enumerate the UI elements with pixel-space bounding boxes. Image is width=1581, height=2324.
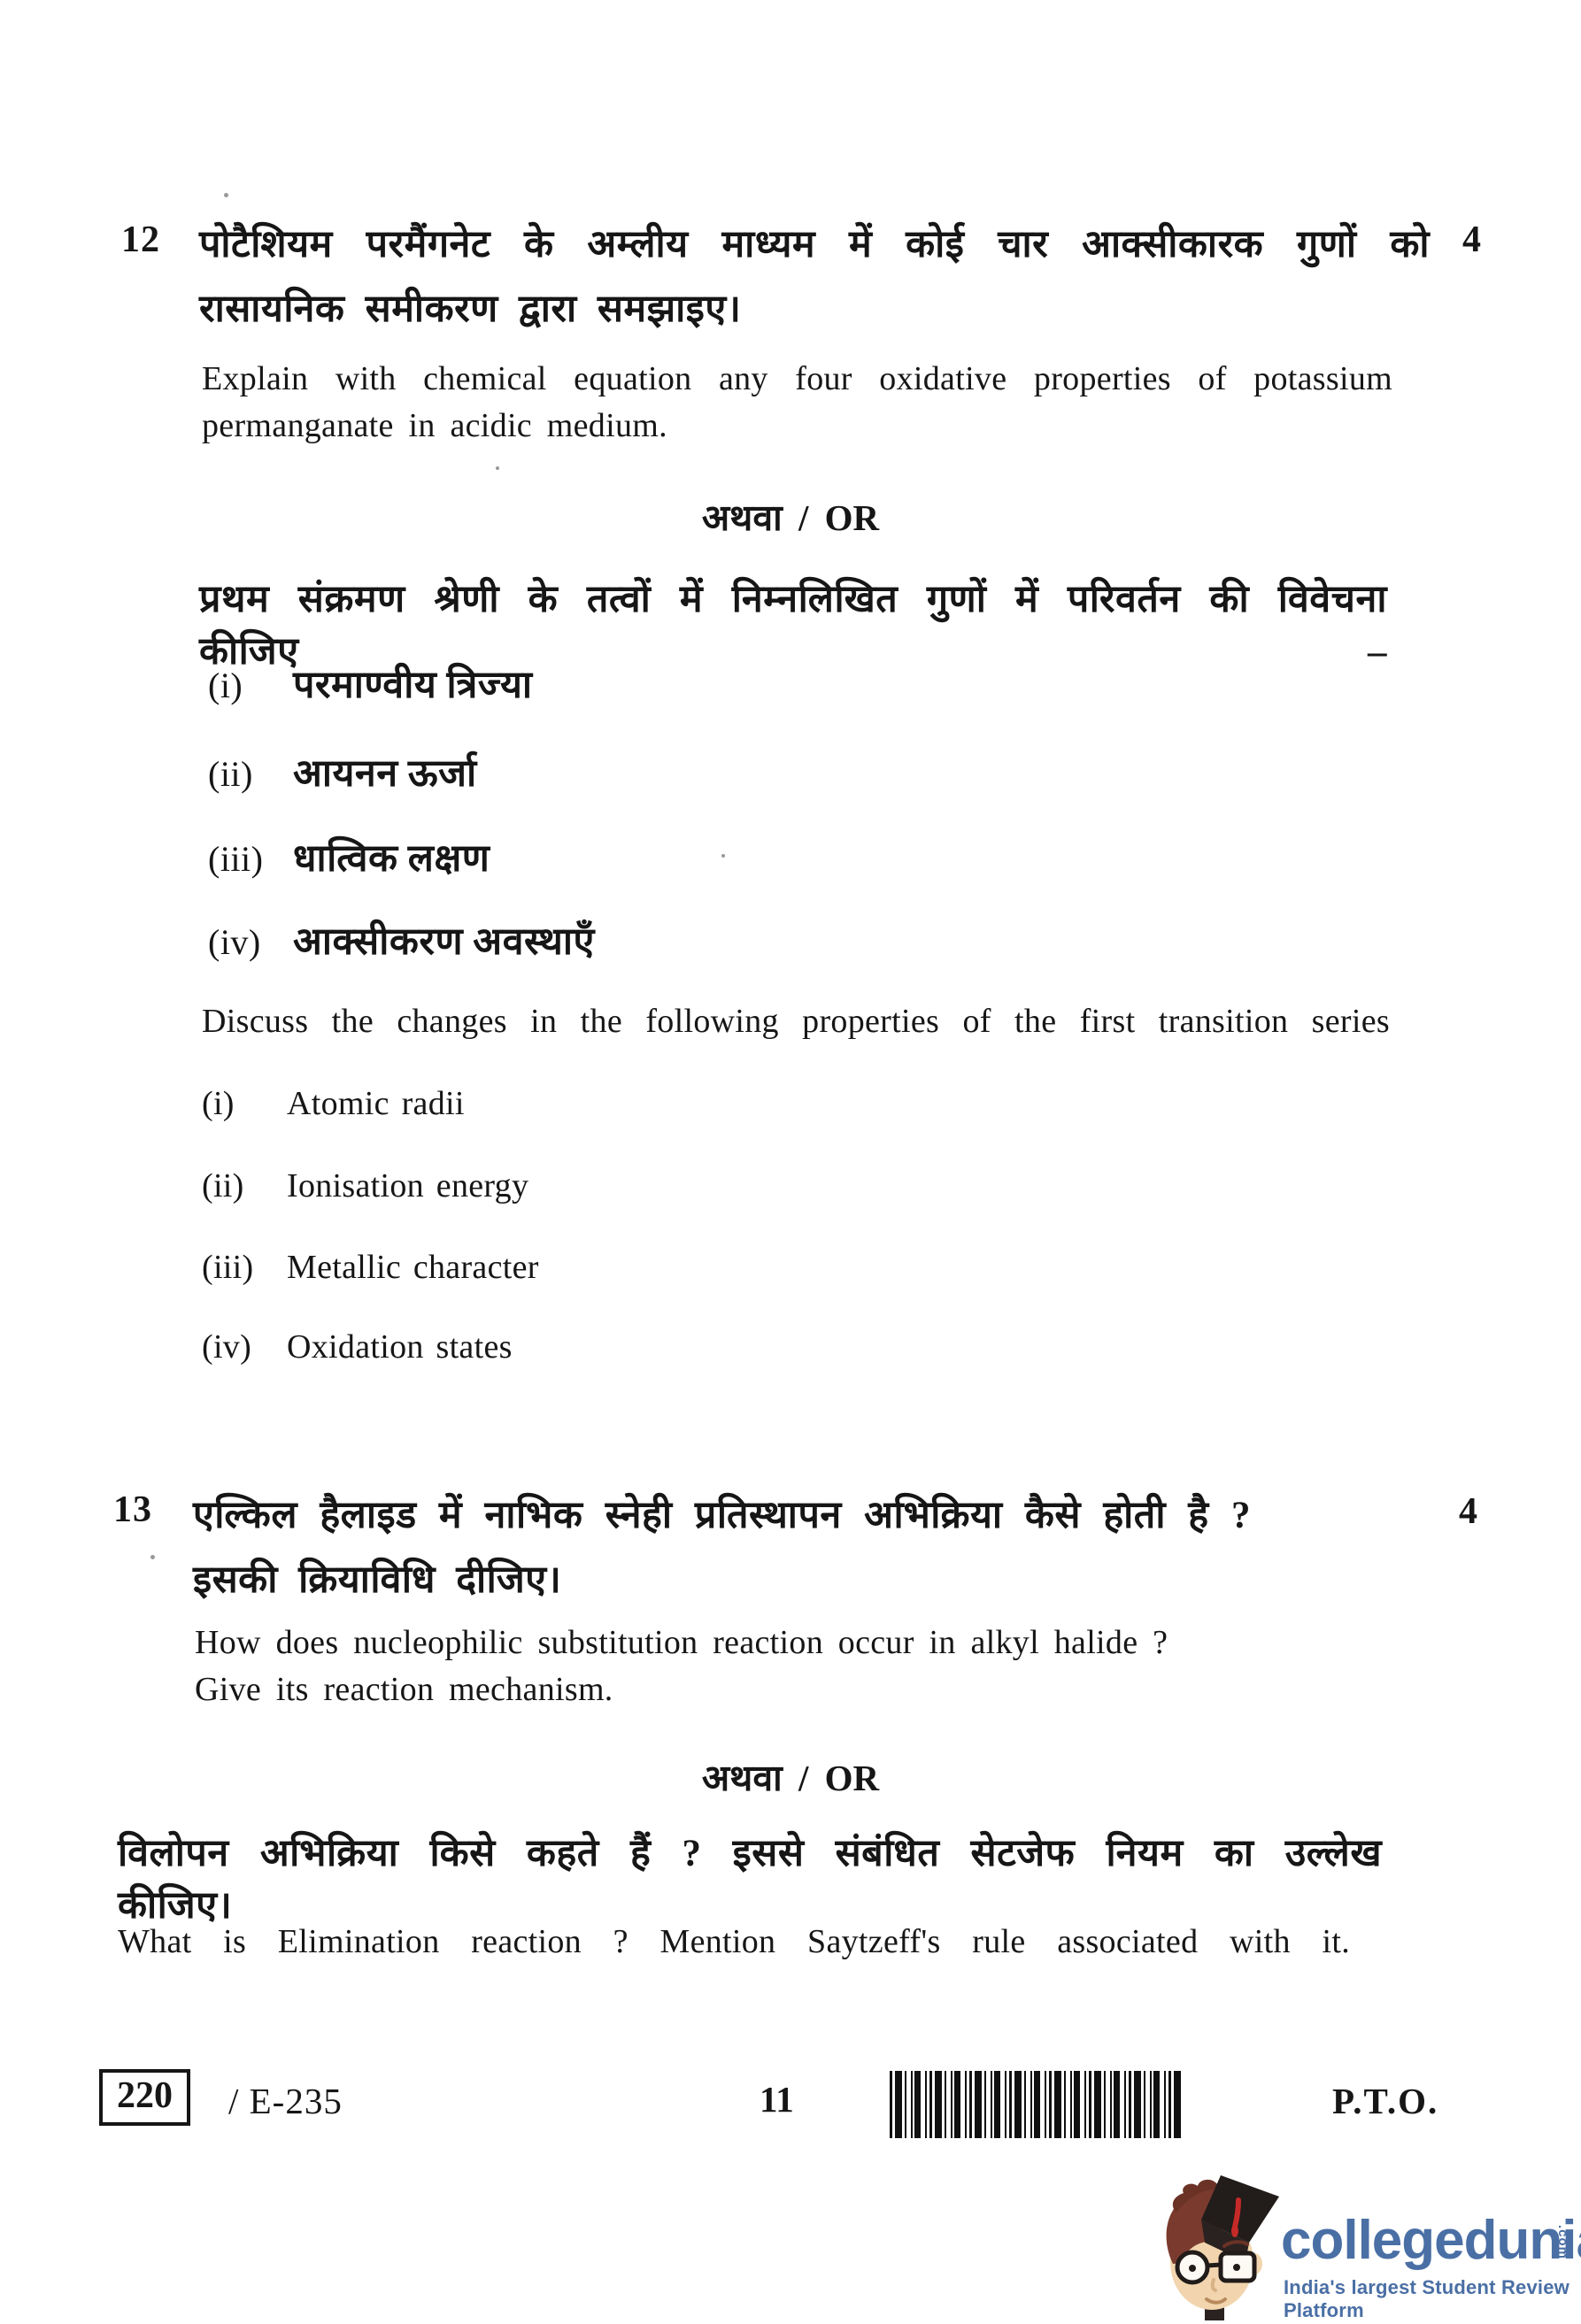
list-text: परमाण्वीय त्रिज्या <box>293 665 533 706</box>
list-label: (iv) <box>202 1327 287 1366</box>
collegedunia-tagline: India's largest Student Review Platform <box>1284 2276 1581 2322</box>
barcode <box>890 2071 1182 2138</box>
booklet-number-box: 220 <box>99 2069 190 2126</box>
question-13-alt-english-text: What is Elimination reaction ? Mention S… <box>118 1922 1350 1961</box>
question-12-hindi-text: पोटैशियम परमैंगनेट के अम्लीय माध्यम में … <box>199 212 1430 342</box>
pto-label: P.T.O. <box>1332 2080 1438 2122</box>
list-label: (i) <box>202 1084 287 1123</box>
list-text: Oxidation states <box>287 1328 513 1366</box>
hindi-list-item-4: (iv)आक्सीकरण अवस्थाएँ <box>208 913 595 966</box>
list-label: (ii) <box>202 1166 287 1205</box>
question-13-hindi-text: एल्किल हैलाइड में नाभिक स्नेही प्रतिस्था… <box>193 1483 1251 1612</box>
question-12-number: 12 <box>121 219 160 261</box>
list-text: Ionisation energy <box>287 1167 528 1204</box>
collegedunia-logo: collegedunia .com India's largest Studen… <box>1146 2158 1581 2324</box>
question-13-alt-hindi-text: विलोपन अभिक्रिया किसे कहते हैं ? इससे सं… <box>118 1825 1382 1929</box>
list-label: (iii) <box>202 1248 287 1287</box>
list-label: (iv) <box>208 921 293 963</box>
paper-code: / E-235 <box>228 2080 343 2122</box>
or-separator-1: अथवा / OR <box>0 492 1581 542</box>
exam-paper-page: 12 पोटैशियम परमैंगनेट के अम्लीय माध्यम म… <box>0 0 1581 2324</box>
english-list-item-2: (ii)Ionisation energy <box>202 1166 528 1205</box>
question-13-marks: 4 <box>1459 1490 1477 1533</box>
hindi-list-item-1: (i)परमाण्वीय त्रिज्या <box>208 657 533 709</box>
scan-speck <box>721 854 725 858</box>
list-text: Atomic radii <box>287 1085 465 1122</box>
english-list-item-1: (i)Atomic radii <box>202 1084 465 1123</box>
list-label: (iii) <box>208 838 293 880</box>
english-list-item-4: (iv)Oxidation states <box>202 1327 513 1366</box>
question-13-english-text: How does nucleophilic substitution react… <box>195 1620 1213 1713</box>
english-list-item-3: (iii)Metallic character <box>202 1248 539 1287</box>
collegedunia-wordmark: collegedunia <box>1281 2209 1581 2272</box>
scan-speck <box>496 466 499 470</box>
question-12-english-text: Explain with chemical equation any four … <box>202 356 1392 450</box>
question-13-number: 13 <box>113 1489 152 1531</box>
or-separator-2: अथवा / OR <box>0 1752 1581 1802</box>
hindi-list-item-3: (iii)धात्विक लक्षण <box>208 830 490 882</box>
scan-speck <box>224 193 228 197</box>
page-number: 11 <box>760 2078 794 2120</box>
question-12-marks: 4 <box>1462 219 1481 261</box>
collegedunia-mascot-icon <box>1146 2158 1288 2324</box>
list-text: आक्सीकरण अवस्थाएँ <box>293 921 595 963</box>
list-text: आयनन ऊर्जा <box>293 753 477 795</box>
collegedunia-com-suffix: .com <box>1555 2225 1570 2259</box>
question-12-alt-english-intro: Discuss the changes in the following pro… <box>202 1002 1390 1041</box>
hindi-list-item-2: (ii)आयनन ऊर्जा <box>208 745 477 797</box>
list-label: (ii) <box>208 753 293 795</box>
list-text: Metallic character <box>287 1249 539 1286</box>
list-text: धात्विक लक्षण <box>293 838 490 880</box>
list-label: (i) <box>208 665 293 706</box>
scan-speck <box>150 1555 155 1559</box>
